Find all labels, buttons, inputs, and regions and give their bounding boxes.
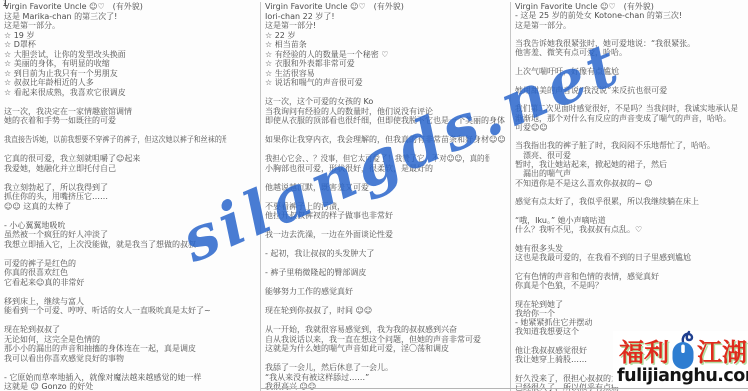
text-line: [265, 192, 507, 202]
text-line: 这就是 ☺ Gonzo 的好处: [4, 382, 257, 391]
text-line: - 她紧紧抓住它并摆动: [515, 318, 746, 327]
text-line: Virgin Favorite Uncle ☺♡ (有外貌): [515, 2, 746, 11]
text-line: Iori-chan 22 岁了!: [265, 12, 507, 22]
text-line: - 裤子里稍微隆起的臀部调皮: [265, 268, 507, 278]
text-line: [265, 278, 507, 288]
text-line: 我可以看出你喜欢感觉良好的事物: [4, 354, 257, 364]
text-line: [515, 58, 746, 67]
text-line: 可爱☺☺: [515, 123, 746, 132]
text-line: 我爱她，她融化并立即托付自己: [4, 164, 257, 174]
text-line: - 小心翼翼地吸吮: [4, 221, 257, 231]
text-line: ☺☺ 这真的太棒了: [4, 202, 257, 212]
text-line: 不要看裤子上的污渍，: [265, 202, 507, 212]
text-line: 渐渐地，那个对什么有反应的声音变成了喘气的声音，哈哈。: [515, 114, 746, 123]
text-line: 从一开始，我就很容易感觉到，我为我的叔叔感到兴奋: [265, 325, 507, 335]
text-line: [515, 95, 746, 104]
text-line: [4, 97, 257, 107]
text-line: 我很高兴 ☺☺: [265, 382, 507, 391]
text-line: ☆ 生活很容易: [265, 69, 507, 79]
text-line: 这是第一部分。: [515, 21, 746, 30]
text-line: 我立刻勃起了，所以我得到了: [4, 183, 257, 193]
text-line: 她有很多头发: [515, 244, 746, 253]
text-line: [265, 297, 507, 307]
text-line: 它真的很可爱，我立刻就咀嚼了☺起来: [4, 154, 257, 164]
text-line: 这是第一部分。: [4, 21, 257, 31]
mouse-wheel: [681, 345, 685, 354]
text-line: 漏出的喘气声: [515, 169, 746, 178]
text-line: 能够努力工作的感觉真好: [265, 287, 507, 297]
text-line: [515, 188, 746, 197]
text-line: [4, 363, 257, 373]
text-line: ☆ 美丽的身体，有明显的收缩: [4, 59, 257, 69]
text-line: [515, 30, 746, 39]
text-line: [515, 234, 746, 243]
text-line: [4, 287, 257, 297]
text-line: [515, 132, 746, 141]
text-line: 你真的很喜欢红色: [4, 268, 257, 278]
text-line: “我从来没有被这样舔过……”: [265, 373, 507, 383]
text-line: 抓住你的头，用嘴挤压它……: [4, 192, 257, 202]
text-line: ☆ 22 岁: [265, 31, 507, 41]
bottom-rule: [261, 388, 748, 389]
text-line: 它看起来☺真的非常好: [4, 278, 257, 288]
text-line: 即使从衣服的顶部看也很纤细，但即使我脱下它也是一个美丽的身体: [265, 116, 507, 126]
text-line: - 这是 25 岁的前处女 Kotone-chan 的第三次!: [515, 11, 746, 20]
text-line: 能看到一个可爱、哼哼、听话的女人一直吸吮真是太好了~: [4, 306, 257, 316]
text-line: 如果你让我穿内衣，我会理解的，但我真的有非常苗条和好身材☺☺: [265, 135, 507, 145]
text-line: 他越说越沉默，既害羞又可爱: [265, 183, 507, 193]
text-line: ☆ 叔叔比年龄相近的人多: [4, 78, 257, 88]
text-line: 它有色情的声音和色情的表情，感觉真好: [515, 272, 746, 281]
logo-brand-right: 江湖: [697, 339, 747, 367]
text-line: [265, 316, 507, 326]
text-line: [515, 76, 746, 85]
text-line: [265, 259, 507, 269]
text-line: [265, 240, 507, 250]
text-column-1: Virgin Favorite Uncle ☺♡ (有外貌)这是 Marika-…: [4, 2, 257, 391]
text-line: [265, 145, 507, 155]
text-line: 现在轮到叔叔了: [4, 325, 257, 335]
text-line: [515, 207, 746, 216]
text-line: ☆ D罩杯: [4, 40, 257, 50]
text-line: ☆ 看起来很成熟，我喜欢它很调皮: [4, 88, 257, 98]
column-divider-2: [510, 2, 511, 391]
text-line: ☆ 说话和喘气的声音很可爱: [265, 78, 507, 88]
text-line: 上次气喘吁吁，好像有点尴尬: [515, 67, 746, 76]
text-line: 我一边去洗澡，一边在外面谈论性爱: [265, 230, 507, 240]
text-line: [4, 316, 257, 326]
text-line: [4, 211, 257, 221]
text-line: 现在轮到她了: [515, 300, 746, 309]
text-line: ☆ 到目前为止我只有一个男朋友: [4, 69, 257, 79]
text-line: 那小小的漏出的声音和抽搐的身体连在一起，真是调皮: [4, 344, 257, 354]
text-line: 他拉开叔叔裤衩的样子做事也非常好: [265, 211, 507, 221]
text-line: ☆ 有经验的人的数量是一个秘密 ♡: [265, 50, 507, 60]
text-line: 这一次，这个可爱的女孩的 Ko: [265, 97, 507, 107]
text-line: 你真是个色狼，不是吗？: [515, 281, 746, 290]
text-line: “哦，Iku。” 她小声嘀咕道: [515, 216, 746, 225]
text-line: 当我指出我的裤子脏了时，我闷闷不乐地帮忙了，哈哈。: [515, 141, 746, 150]
text-line: [265, 88, 507, 98]
text-line: [265, 354, 507, 364]
text-line: 这是 Marika-chan 的第三次了!: [4, 12, 257, 22]
text-column-2: Virgin Favorite Uncle ☺♡ (有外貌)Iori-chan …: [265, 2, 507, 391]
text-line: 她的衣着和手势一如既往的可爱: [4, 116, 257, 126]
text-line: 这就是为什么她的喘气声音如此可爱，淫〇荡和调皮: [265, 344, 507, 354]
text-line: [4, 173, 257, 183]
document-page: 1 Virgin Favorite Uncle ☺♡ (有外貌)这是 Marik…: [0, 0, 748, 391]
text-line: [4, 126, 257, 136]
mouse-cord: [683, 332, 692, 342]
logo-brand-left: 福利: [619, 339, 669, 367]
text-line: 我们第二次见面时感觉很好，不是吗？当我问时，我诚实地承认是的: [515, 104, 737, 113]
text-line: 他害羞、微笑有点可爱，哈哈。: [515, 48, 746, 57]
text-line: 可爱的裤子是红色的: [4, 259, 257, 269]
text-line: 这也是我最可爱的，在我看不到的日子里感到尴尬: [515, 253, 746, 262]
text-line: ☆ 相当苗条: [265, 40, 507, 50]
text-line: [265, 221, 507, 231]
text-line: 她用甜美的声音说“我没说”来反抗也很可爱: [515, 86, 746, 95]
text-line: - 它原始而草率地插入，就像对魔法越来越感觉的她一样: [4, 373, 257, 383]
text-line: ☆ 大胆尝试，让你的发型改头换面: [4, 50, 257, 60]
text-line: 漂亮、很可爱: [515, 151, 746, 160]
text-line: 不知道你是不是这么喜欢你叔叔的~ ☺: [515, 179, 746, 188]
text-line: ☆ 衣服和外表都非常可爱: [265, 59, 507, 69]
text-line: [4, 145, 257, 155]
mouse-icon: [670, 330, 696, 370]
text-line: [515, 262, 746, 271]
text-line: 我给你一个: [515, 309, 746, 318]
text-line: 什么？我听不见，我叔叔有点乱。♡: [515, 225, 746, 234]
text-line: 感觉有点太好了，我似乎很累，所以我继续躺在床上: [515, 197, 746, 206]
text-line: ☆ 19 岁: [4, 31, 257, 41]
text-line: 这一次，我决定在一家情趣旅馆调情: [4, 107, 257, 117]
text-line: 我想立即插入它，上次没能做，就是我当了想做的叔叔: [4, 240, 257, 250]
text-line: [265, 126, 507, 136]
text-line: Virgin Favorite Uncle ☺♡ (有外貌): [265, 2, 507, 12]
text-line: 当我询问有经验的人的数量时，他们说没有评论: [265, 107, 507, 117]
text-line: Virgin Favorite Uncle ☺♡ (有外貌): [4, 2, 257, 12]
text-line: 当我告诉她我很紧张时，她可爱地说：“我很紧张。: [515, 39, 746, 48]
text-line: [265, 173, 507, 183]
text-line: 我舔了一会儿，然后休息了一会儿。: [265, 363, 507, 373]
column-divider-1: [260, 2, 261, 391]
text-line: [515, 290, 746, 299]
text-line: 这是第一部分!: [265, 21, 507, 31]
text-line: 无论如何，这完全是色情的: [4, 335, 257, 345]
text-line: 自从我说话以来，我一直在想这个问题，但她的声音非常可爱: [265, 335, 507, 345]
site-logo: 福利 江湖 fulijianghu.com: [613, 331, 748, 387]
text-line: 移到床上，继续与富人: [4, 297, 257, 307]
text-line: 我担心它会、、？没事，但它太可爱了！我赞了它，不对☺☺，真的很可爱: [265, 154, 489, 164]
text-line: 小胸部也很可爱，形状很好，很柔软，是最好的: [265, 164, 507, 174]
text-line: - 起初，我让叔叔的头发肿大了: [265, 249, 507, 259]
text-line: 虽然被一个疯狂的好人冲淡了: [4, 230, 257, 240]
text-line: 现在轮到你叔叔了，时间 ☺☺: [265, 306, 507, 316]
text-line: 我直接告诉她，以前我想要不穿裤子的裤子，但这次她以裤子和丝袜的形式来看我: [4, 135, 226, 145]
text-line: 暂时，我让她站起来，掀起她的裙子，然后: [515, 160, 746, 169]
text-line: [4, 249, 257, 259]
